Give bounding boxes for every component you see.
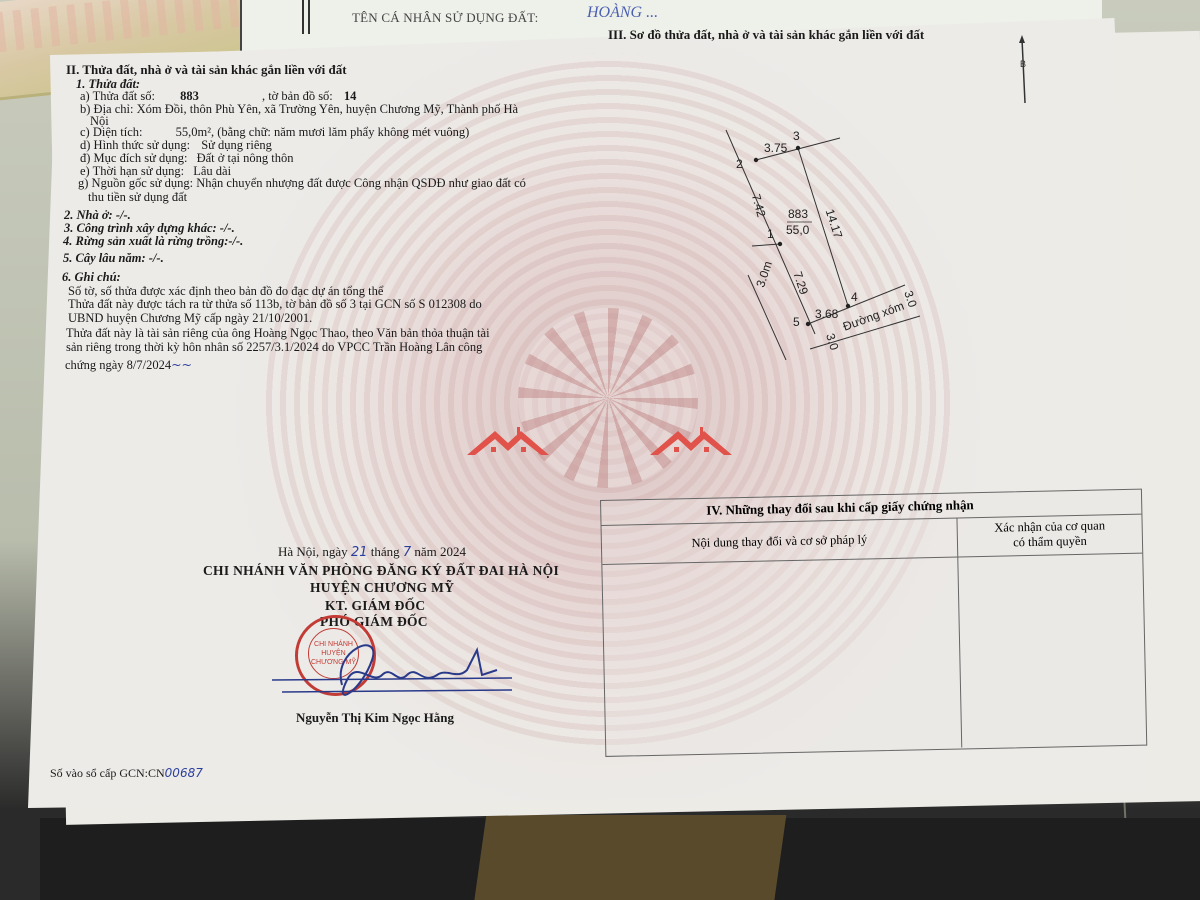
svg-text:B: B — [1020, 59, 1026, 69]
plot-diagram: 2 3 1 4 5 3.75 14.17 7.42 7.29 3.68 3.0m… — [720, 120, 950, 365]
svg-text:883: 883 — [788, 207, 808, 221]
role-line1: KT. GIÁM ĐỐC — [325, 598, 425, 614]
svg-text:3.0m: 3.0m — [753, 259, 775, 289]
registry-row: Số vào sổ cấp GCN:CN00687 — [50, 766, 203, 781]
org-line2: HUYỆN CHƯƠNG MỸ — [310, 580, 454, 596]
notes-heading: 6. Ghi chú: — [62, 270, 121, 285]
note-line: sản riêng trong thời kỳ hôn nhân số 2257… — [66, 340, 482, 355]
parcel-number: 883 — [180, 89, 199, 103]
drum-star-watermark — [518, 308, 698, 488]
registry-number: 00687 — [165, 766, 203, 780]
area-value: 55,0m², (bằng chữ: năm mươi lăm phẩy khô… — [176, 125, 470, 139]
note-line: Thửa đất này được tách ra từ thửa số 113… — [68, 297, 482, 312]
note-line: chứng ngày 8/7/2024~~ — [65, 357, 192, 373]
address-row: b) Địa chỉ: Xóm Đồi, thôn Phù Yên, xã Tr… — [80, 102, 518, 117]
changes-table: IV. Những thay đổi sau khi cấp giấy chứn… — [600, 489, 1147, 757]
perennial-trees-row: 5. Cây lâu năm: -/-. — [63, 251, 164, 266]
origin-line2: thu tiền sử dụng đất — [88, 190, 187, 205]
svg-text:55,0: 55,0 — [786, 223, 810, 237]
month-handwritten: 7 — [403, 545, 411, 560]
section2-title: II. Thửa đất, nhà ở và tài sản khác gắn … — [66, 62, 347, 78]
brown-object — [474, 815, 787, 900]
svg-text:7.29: 7.29 — [790, 270, 811, 297]
confirmation-cell — [958, 554, 1146, 748]
map-sheet-number: 14 — [344, 89, 357, 103]
column-header-changes: Nội dung thay đổi và cơ sở pháp lý — [602, 519, 959, 564]
owner-label: TÊN CÁ NHÂN SỬ DỤNG ĐẤT: — [352, 10, 538, 26]
org-line1: CHI NHÁNH VĂN PHÒNG ĐĂNG KÝ ĐẤT ĐAI HÀ N… — [203, 563, 559, 579]
note-line: UBND huyện Chương Mỹ cấp ngày 21/10/2001… — [68, 311, 312, 326]
changes-cell — [602, 558, 962, 755]
day-handwritten: 21 — [351, 545, 368, 560]
note-line: Thửa đất này là tài sản riêng của ông Ho… — [66, 326, 490, 341]
svg-text:3.0: 3.0 — [823, 332, 842, 353]
address-value: Xóm Đồi, thôn Phù Yên, xã Trường Yên, hu… — [137, 102, 519, 116]
border-bar — [302, 0, 310, 34]
handwritten-mark: ~~ — [171, 357, 192, 372]
svg-text:3.68: 3.68 — [815, 307, 839, 321]
svg-text:3.0: 3.0 — [901, 289, 920, 310]
table-row — [602, 554, 1146, 755]
house-logo-icon — [648, 425, 736, 457]
section3-title: III. Sơ đồ thửa đất, nhà ở và tài sản kh… — [608, 27, 924, 43]
owner-handwritten: HOÀNG ... — [587, 4, 658, 22]
production-forest-row: 4. Rừng sản xuất là rừng trồng:-/-. — [63, 234, 243, 249]
svg-text:3: 3 — [793, 129, 800, 143]
svg-text:4: 4 — [851, 290, 858, 304]
house-logo-icon — [465, 425, 553, 457]
svg-text:7.42: 7.42 — [749, 192, 769, 218]
svg-text:5: 5 — [793, 315, 800, 329]
svg-text:1: 1 — [767, 227, 774, 241]
north-arrow-icon: B — [1010, 35, 1040, 105]
place-date: Hà Nội, ngày 21 tháng 7 năm 2024 — [278, 544, 466, 560]
svg-text:3.75: 3.75 — [764, 141, 788, 155]
svg-text:2: 2 — [736, 157, 743, 171]
origin-row: g) Nguồn gốc sử dụng: Nhận chuyển nhượng… — [78, 176, 526, 191]
signer-name: Nguyễn Thị Kim Ngọc Hằng — [296, 710, 454, 726]
signature — [272, 630, 522, 705]
column-header-confirmation: Xác nhận của cơ quan có thẩm quyền — [957, 515, 1142, 557]
